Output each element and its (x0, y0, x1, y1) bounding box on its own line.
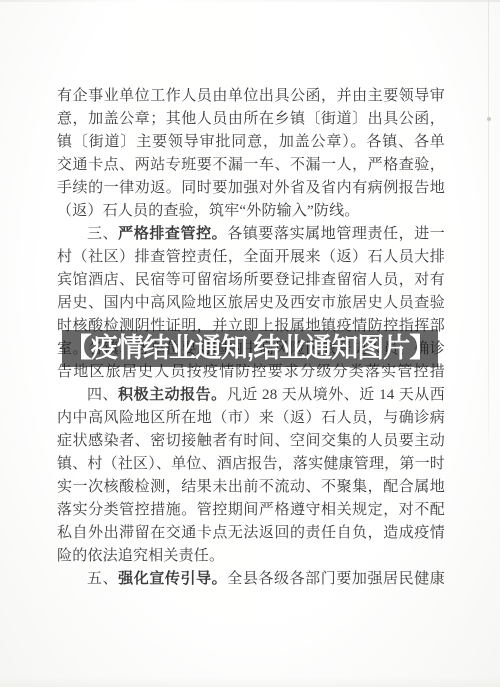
doc-text-segment: 险的依法追究相关责任。 (57, 548, 224, 564)
doc-line: 症状感染者、密切接触者有时间、空间交集的人员要主动向属地 (57, 430, 445, 453)
doc-line: 三、严格排查管控。各镇要落实属地管理责任，进一步夯实 (57, 223, 445, 246)
doc-text-segment: 镇、村（社区）、单位、酒店报告，落实健康管理，第一时间落 (57, 456, 445, 476)
doc-text-segment: 村（社区）排查管控责任，全面开展来（返）石人员大排查。各 (57, 249, 445, 269)
doc-text-segment: 交通卡点、两站专班要不漏一车、不漏一人，严格查验，无审批 (57, 157, 445, 177)
doc-text-segment: 手续的一律劝返。同时要加强对外省及省内有病例报告地市来 (57, 180, 445, 200)
doc-heading-segment: 积极主动报告。 (118, 387, 227, 403)
doc-line: 实一次核酸检测，结果未出前不流动、不聚集，配合属地镇、村 (57, 476, 445, 499)
doc-text-segment: 意，加盖公章；其他人员由所在乡镇〔街道〕出具公函，并由乡 (57, 111, 445, 131)
scan-speck (487, 117, 491, 121)
doc-text-segment: 镇〔街道〕主要领导审批同意，加盖公章）。各镇、各单位、各 (57, 134, 445, 154)
scan-edge-artifact-top (0, 0, 500, 2)
doc-text-segment: 居史、国内中高风险地区旅居史及西安市旅居史人员查验 48 小 (57, 295, 445, 315)
doc-text-segment: 三、 (87, 226, 118, 242)
doc-line: 险的依法追究相关责任。 (57, 545, 445, 568)
doc-line: 四、积极主动报告。凡近 28 天从境外、近 14 天从西安及国 (57, 384, 445, 407)
scanned-document-page: 有企事业单位工作人员由单位出具公函，并由主要领导审批同意，加盖公章；其他人员由所… (0, 0, 500, 687)
scan-edge-artifact-bottom (0, 677, 500, 687)
doc-heading-segment: 严格排查管控。 (118, 226, 227, 242)
doc-text-segment: 告地区旅居史人员按疫情防控要求分级分类落实管控措施。 (57, 364, 445, 384)
doc-line: 内中高风险地区所在地（市）来（返）石人员，与确诊病例、无 (57, 407, 445, 430)
doc-line: 私自外出滞留在交通卡点无法返回的责任自负，造成疫情传播风 (57, 522, 445, 545)
overlay-caption-banner: 【疫情结业通知,结业通知图片】 (62, 330, 438, 367)
doc-text-segment: 私自外出滞留在交通卡点无法返回的责任自负，造成疫情传播风 (57, 525, 445, 545)
doc-line: （返）石人员的查验，筑牢“外防输入”防线。 (57, 200, 445, 223)
doc-text-segment: 落实分类管控措施。管控期间严格遵守相关规定，对不配合管控， (57, 502, 445, 522)
doc-line: 镇〔街道〕主要领导审批同意，加盖公章）。各镇、各单位、各 (57, 131, 445, 154)
doc-line: 手续的一律劝返。同时要加强对外省及省内有病例报告地市来 (57, 177, 445, 200)
doc-text-segment: 内中高风险地区所在地（市）来（返）石人员，与确诊病例、无 (57, 410, 445, 430)
doc-line: 镇、村（社区）、单位、酒店报告，落实健康管理，第一时间落 (57, 453, 445, 476)
doc-line: 五、强化宣传引导。全县各级各部门要加强居民健康教育宣 (57, 568, 445, 591)
doc-text-segment: 有企事业单位工作人员由单位出具公函，并由主要领导审批同 (57, 88, 445, 108)
doc-text-segment: 五、 (87, 571, 118, 587)
doc-text-segment: 四、 (87, 387, 118, 403)
overlay-caption-text: 【疫情结业通知,结业通知图片】 (65, 335, 436, 362)
doc-text-segment: （返）石人员的查验，筑牢“外防输入”防线。 (57, 203, 360, 219)
doc-line: 落实分类管控措施。管控期间严格遵守相关规定，对不配合管控， (57, 499, 445, 522)
doc-line: 有企事业单位工作人员由单位出具公函，并由主要领导审批同 (57, 85, 445, 108)
doc-line: 宾馆酒店、民宿等可留宿场所要登记排查留宿人员，对有外省旅 (57, 269, 445, 292)
doc-line: 居史、国内中高风险地区旅居史及西安市旅居史人员查验 48 小 (57, 292, 445, 315)
doc-line: 意，加盖公章；其他人员由所在乡镇〔街道〕出具公函，并由乡 (57, 108, 445, 131)
doc-heading-segment: 强化宣传引导。 (118, 571, 227, 587)
doc-line: 村（社区）排查管控责任，全面开展来（返）石人员大排查。各 (57, 246, 445, 269)
doc-text-segment: 宾馆酒店、民宿等可留宿场所要登记排查留宿人员，对有外省旅 (57, 272, 445, 292)
doc-text-segment: 症状感染者、密切接触者有时间、空间交集的人员要主动向属地 (57, 433, 445, 453)
scan-edge-artifact-right (488, 0, 489, 470)
doc-text-segment: 实一次核酸检测，结果未出前不流动、不聚集，配合属地镇、村 (57, 479, 445, 499)
doc-line: 交通卡点、两站专班要不漏一车、不漏一人，严格查验，无审批 (57, 154, 445, 177)
